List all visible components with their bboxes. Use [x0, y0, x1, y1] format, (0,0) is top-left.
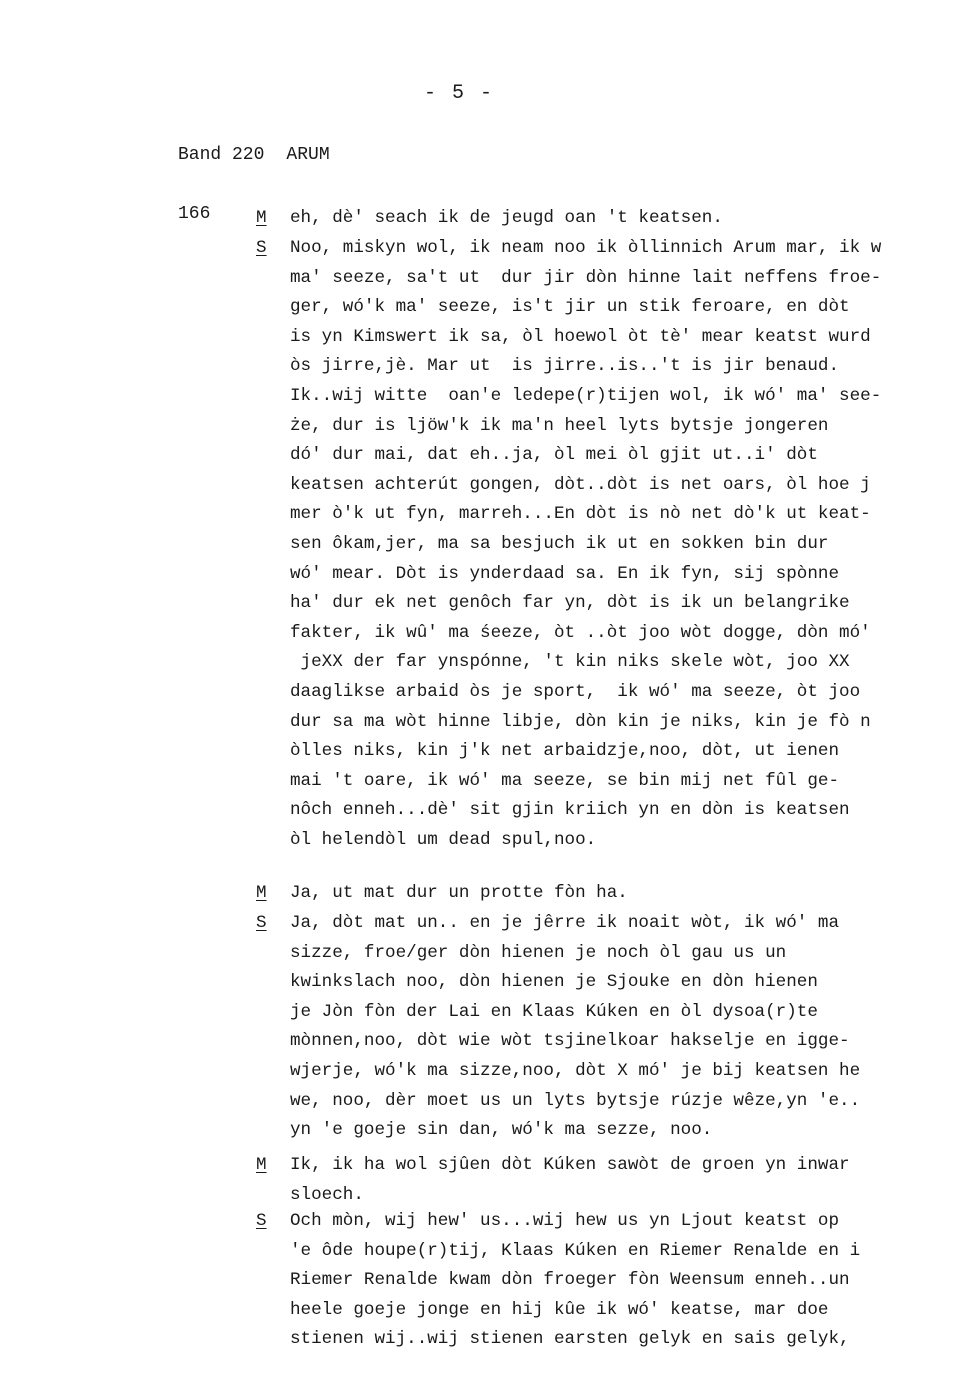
- line-text: keatsen achterút gongen, dòt..dòt is net…: [290, 471, 871, 501]
- line-text: stienen wij..wij stienen earsten gelyk e…: [290, 1325, 850, 1355]
- line-text: òl helendòl um dead spul,noo.: [290, 826, 596, 856]
- line-text: sloech.: [290, 1181, 364, 1211]
- speaker-label: S: [256, 909, 267, 939]
- line-text: mai 't oare, ik wó' ma seeze, se bin mij…: [290, 767, 839, 797]
- speaker-label: M: [256, 879, 267, 909]
- line-text: daaglikse arbaid òs je sport, ik wó' ma …: [290, 678, 860, 708]
- line-text: je Jòn fòn der Lai en Klaas Kúken en òl …: [290, 998, 818, 1028]
- tape-label: Band 220: [178, 145, 264, 165]
- line-text: heele goeje jonge en hij kûe ik wó' keat…: [290, 1296, 828, 1326]
- line-text: ma' seeze, sa't ut dur jir dòn hinne lai…: [290, 264, 881, 294]
- line-text: Riemer Renalde kwam dòn froeger fòn Ween…: [290, 1266, 850, 1296]
- line-text: is yn Kimswert ik sa, òl hoewol òt tè' m…: [290, 323, 871, 353]
- line-text: wó' mear. Dòt is ynderdaad sa. En ik fyn…: [290, 560, 839, 590]
- location-label: ARUM: [286, 145, 329, 165]
- line-text: we, noo, dèr moet us un lyts bytsje rúzj…: [290, 1087, 860, 1117]
- line-text: yn 'e goeje sin dan, wó'k ma sezze, noo.: [290, 1116, 712, 1146]
- line-text: nôch enneh...dè' sit gjin kriich yn en d…: [290, 796, 850, 826]
- line-text: jeXX der far ynspónne, 't kin niks skele…: [290, 648, 850, 678]
- document-header: Band 220ARUM: [178, 145, 330, 165]
- line-text: mònnen,noo, dòt wie wòt tsjinelkoar haks…: [290, 1027, 850, 1057]
- line-text: Ik, ik ha wol sjûen dòt Kúken sawòt de g…: [290, 1151, 850, 1181]
- speaker-label: M: [256, 204, 267, 234]
- line-text: sizze, froe/ger dòn hienen je noch òl ga…: [290, 939, 786, 969]
- page-number: - 5 -: [424, 82, 494, 105]
- transcript-line-number: 166: [178, 204, 210, 224]
- line-text: òlles niks, kin j'k net arbaidzje,noo, d…: [290, 737, 839, 767]
- speaker-label: S: [256, 234, 267, 264]
- line-text: Ja, ut mat dur un protte fòn ha.: [290, 879, 628, 909]
- line-text: òs jirre,jè. Mar ut is jirre..is..'t is …: [290, 352, 839, 382]
- line-text: Ja, dòt mat un.. en je jêrre ik noait wò…: [290, 909, 839, 939]
- line-text: dur sa ma wòt hinne libje, dòn kin je ni…: [290, 708, 871, 738]
- line-text: Noo, miskyn wol, ik neam noo ik òllinnic…: [290, 234, 881, 264]
- line-text: Och mòn, wij hew' us...wij hew us yn Ljo…: [290, 1207, 839, 1237]
- line-text: eh, dè' seach ik de jeugd oan 't keatsen…: [290, 204, 723, 234]
- line-text: wjerje, wó'k ma sizze,noo, dòt X mó' je …: [290, 1057, 860, 1087]
- line-text: ger, wó'k ma' seeze, is't jir un stik fe…: [290, 293, 850, 323]
- line-text: mer ò'k ut fyn, marreh...En dòt is nò ne…: [290, 500, 871, 530]
- speaker-label: S: [256, 1207, 267, 1237]
- line-text: fakter, ik wû' ma śeeze, òt ..òt joo wòt…: [290, 619, 871, 649]
- line-text: dó' dur mai, dat eh..ja, òl mei òl gjit …: [290, 441, 818, 471]
- line-text: kwinkslach noo, dòn hienen je Sjouke en …: [290, 968, 818, 998]
- line-text: ha' dur ek net genôch far yn, dòt is ik …: [290, 589, 850, 619]
- line-text: 'e ôde houpe(r)tij, Klaas Kúken en Rieme…: [290, 1237, 860, 1267]
- line-text: że, dur is ljöw'k ik ma'n heel lyts byts…: [290, 412, 828, 442]
- line-text: sen ôkam,jer, ma sa besjuch ik ut en sok…: [290, 530, 828, 560]
- line-text: Ik..wij witte oan'e ledepe(r)tijen wol, …: [290, 382, 881, 412]
- speaker-label: M: [256, 1151, 267, 1181]
